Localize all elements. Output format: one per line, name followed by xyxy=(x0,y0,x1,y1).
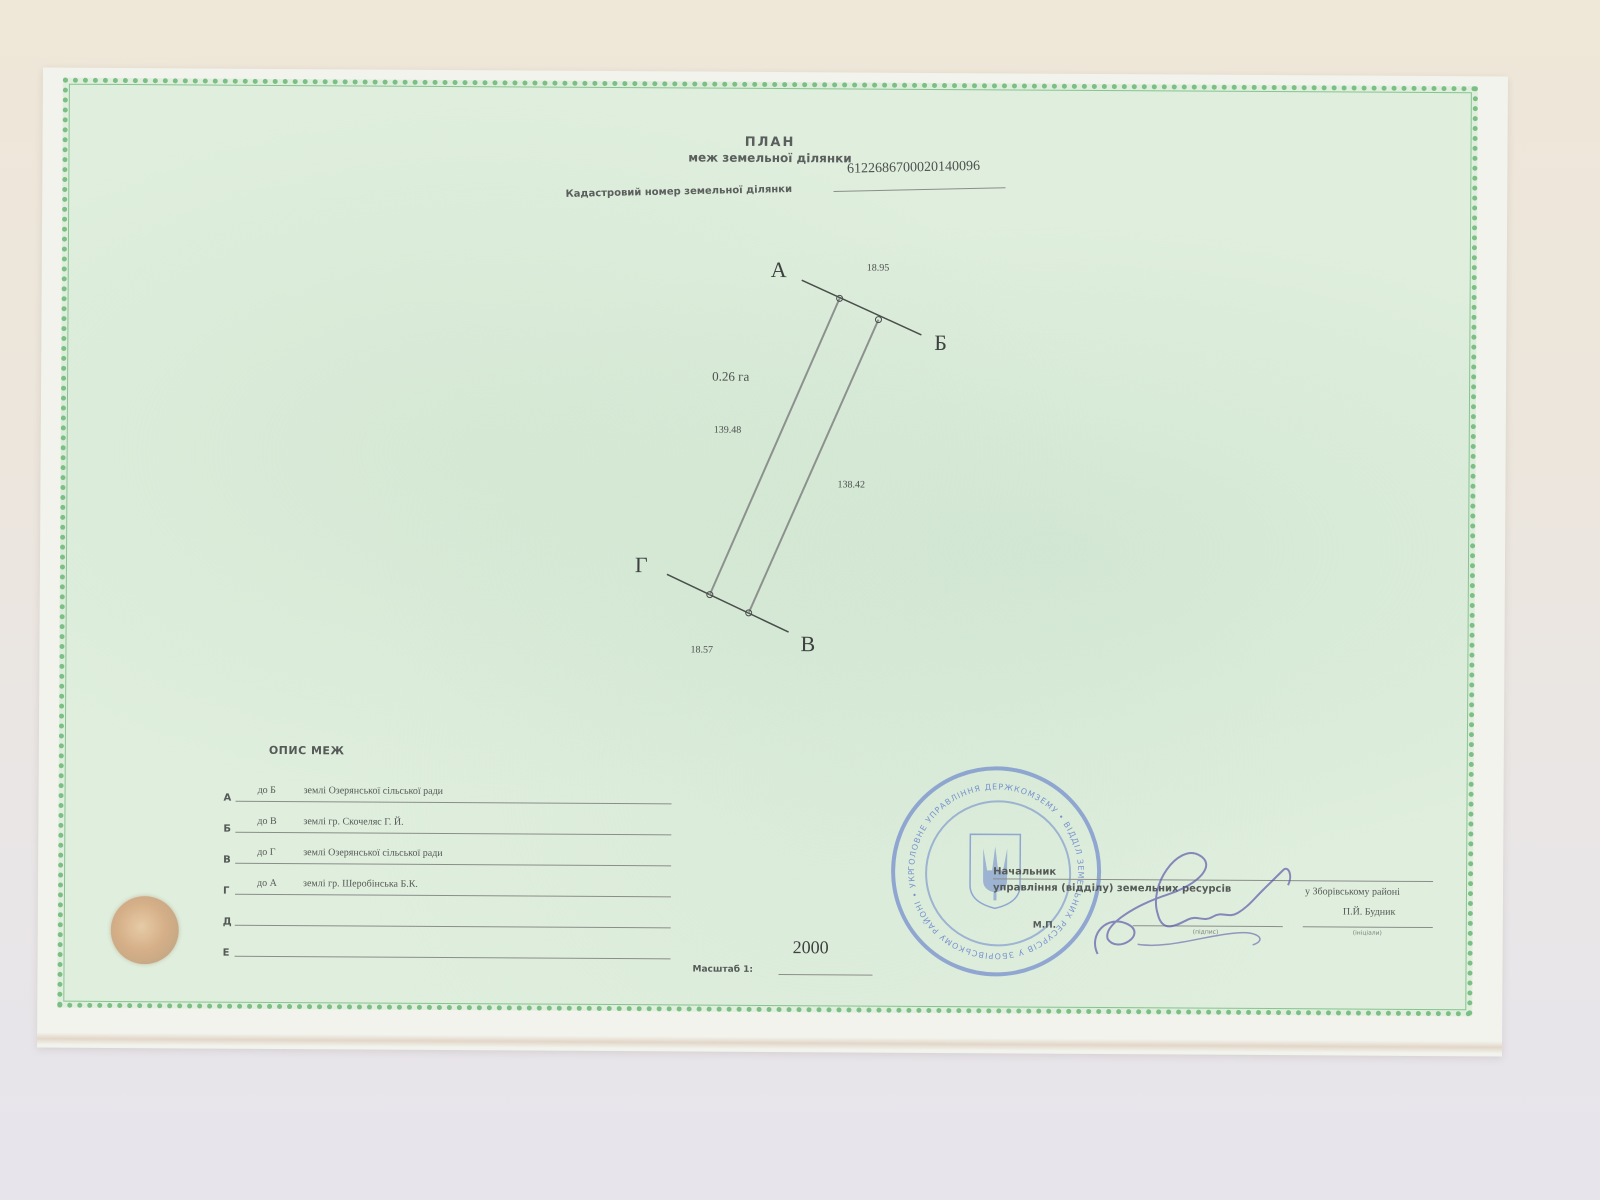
boundary-to: до Г xyxy=(257,847,275,858)
boundary-row: А до Б землі Озерянської сільської ради xyxy=(224,774,672,807)
boundary-to: до Б xyxy=(258,785,276,796)
paper-fold xyxy=(37,1033,1502,1054)
name-underline xyxy=(1303,926,1433,928)
boundary-row: Б до В землі гр. Скочеляс Г. Й. xyxy=(223,805,671,838)
signer-name: П.Й. Будник xyxy=(1343,906,1396,917)
boundary-row: Д xyxy=(223,898,671,931)
handwritten-signature-icon xyxy=(1078,844,1309,965)
signer-district: у Зборівському районі xyxy=(1305,886,1400,898)
dimension-v-g: 18.57 xyxy=(690,645,713,656)
document-frame: ПЛАН меж земельної ділянки Кадастровий н… xyxy=(57,78,1478,1017)
vertex-label-a: А xyxy=(771,257,787,283)
boundary-letter: Г xyxy=(223,886,229,897)
boundary-underline xyxy=(235,863,671,867)
vertex-label-v: В xyxy=(800,631,815,657)
scale-underline xyxy=(778,974,872,976)
seal-mark: М.П. xyxy=(1033,921,1056,931)
dimension-a-b: 18.95 xyxy=(867,263,890,274)
plot-area: 0.26 га xyxy=(712,369,749,385)
boundary-neighbor: землі Озерянської сільської ради xyxy=(304,785,444,797)
boundary-row: Г до А землі гр. Шеробінська Б.К. xyxy=(223,867,671,900)
boundary-letter: Е xyxy=(223,948,230,959)
boundary-letter: Б xyxy=(223,824,231,835)
hologram-sticker-icon xyxy=(111,896,179,964)
boundary-underline xyxy=(235,894,671,898)
boundary-letter: Д xyxy=(223,917,232,928)
boundary-neighbor: землі Озерянської сільської ради xyxy=(303,847,443,859)
vertex-label-g: Г xyxy=(635,552,648,578)
boundary-to: до В xyxy=(257,816,276,827)
boundary-neighbor: землі гр. Шеробінська Б.К. xyxy=(303,878,418,890)
vertex-label-b: Б xyxy=(934,330,947,356)
boundary-row: Е xyxy=(223,929,671,962)
boundary-neighbor: землі гр. Скочеляс Г. Й. xyxy=(303,816,403,828)
document-sheet: ПЛАН меж земельної ділянки Кадастровий н… xyxy=(37,68,1508,1057)
dimension-b-v: 138.42 xyxy=(837,479,865,490)
scale-label: Масштаб 1: xyxy=(692,965,753,975)
boundary-letter: В xyxy=(223,855,231,866)
boundary-underline xyxy=(235,956,671,960)
scale-value: 2000 xyxy=(793,937,829,958)
scale-field: Масштаб 1: 2000 xyxy=(692,937,872,978)
boundary-underline xyxy=(236,801,672,805)
boundary-row: В до Г землі Озерянської сільської ради xyxy=(223,836,671,869)
boundary-underline xyxy=(235,832,671,836)
boundary-letter: А xyxy=(224,793,232,804)
name-caption: (ініціали) xyxy=(1353,930,1382,937)
boundary-description-title: ОПИС МЕЖ xyxy=(269,744,345,757)
boundary-to: до А xyxy=(257,878,277,889)
signer-position-line1: Начальник xyxy=(993,866,1056,877)
dimension-g-a: 139.48 xyxy=(714,425,742,436)
boundary-underline xyxy=(235,925,671,929)
